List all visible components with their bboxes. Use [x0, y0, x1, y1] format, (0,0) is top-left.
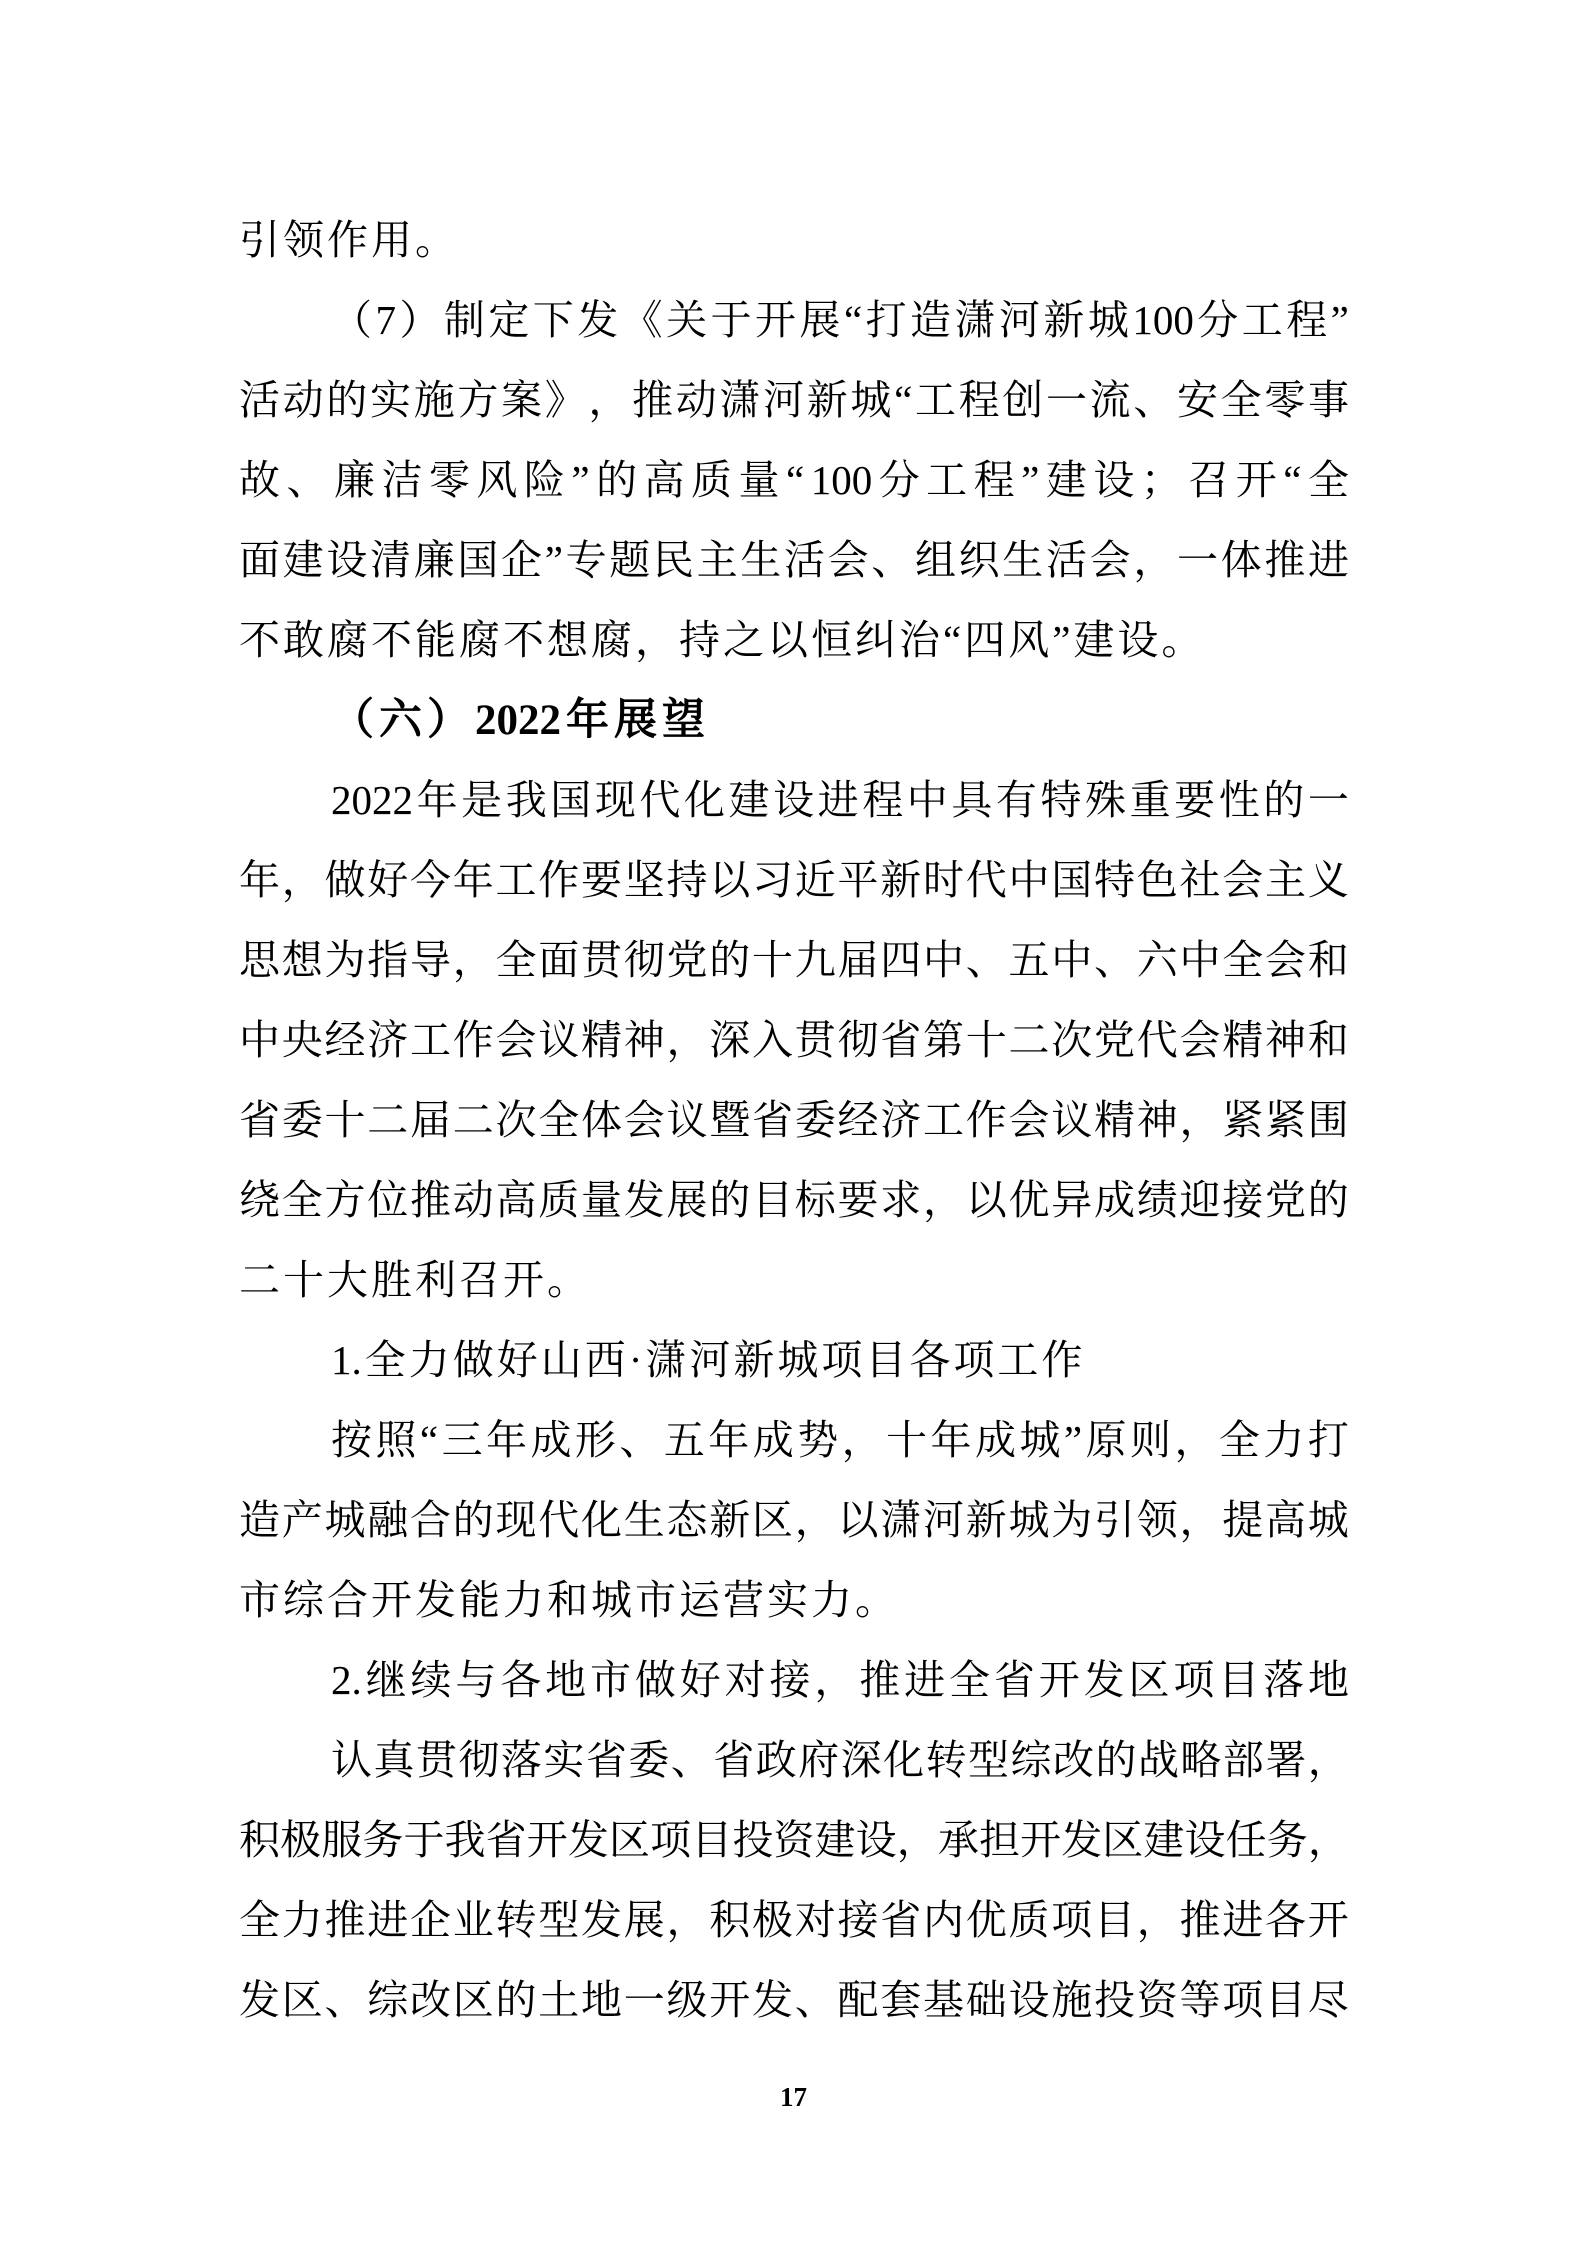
glyph: 建	[815, 1820, 856, 1861]
glyph: 能	[459, 1580, 500, 1621]
glyph: 工	[923, 1100, 964, 1141]
glyph: 潇	[719, 380, 760, 421]
glyph: 暨	[709, 1100, 750, 1141]
glyph: 态	[667, 1500, 708, 1541]
glyph: 流	[1090, 380, 1131, 421]
glyph: 运	[679, 1580, 720, 1621]
glyph: ，	[1133, 540, 1174, 581]
glyph: 落	[501, 1740, 542, 1781]
glyph: 力	[503, 1580, 544, 1621]
glyph: “	[943, 620, 961, 661]
glyph: 设	[1117, 620, 1158, 661]
glyph: 次	[1051, 1020, 1092, 1061]
glyph: 地	[1308, 1660, 1349, 1701]
glyph: 题	[609, 540, 650, 581]
glyph: 建	[283, 540, 324, 581]
glyph: ，	[282, 860, 323, 901]
glyph: 胜	[371, 1260, 412, 1301]
glyph: 党	[1094, 1020, 1135, 1061]
glyph: 全	[1308, 460, 1349, 501]
glyph: 中	[923, 940, 964, 981]
glyph: 不	[239, 620, 280, 661]
glyph: 绩	[1137, 1180, 1178, 1221]
glyph: 全	[239, 1900, 280, 1941]
glyph: 引	[1094, 1500, 1135, 1541]
glyph: 体	[1221, 540, 1262, 581]
glyph: 程	[974, 460, 1015, 501]
glyph: 能	[415, 620, 456, 661]
glyph: 望	[662, 699, 705, 742]
glyph: ”	[1052, 620, 1070, 661]
glyph: 具	[951, 780, 992, 821]
glyph: 彻	[838, 1020, 879, 1061]
glyph: 100	[811, 460, 873, 501]
glyph: 一	[1177, 540, 1218, 581]
glyph: 施	[414, 380, 455, 421]
glyph: 定	[488, 300, 529, 341]
glyph: 照	[375, 1420, 416, 1461]
glyph: 、	[286, 460, 327, 501]
glyph: 区	[282, 1980, 323, 2021]
glyph: ）	[427, 699, 470, 742]
glyph: 目	[691, 1820, 732, 1861]
glyph: 市	[635, 1580, 676, 1621]
glyph: 现	[496, 1500, 537, 1541]
glyph: 署	[1265, 1740, 1306, 1781]
glyph: 河	[999, 300, 1040, 341]
glyph: 中	[1180, 940, 1221, 981]
glyph: 施	[1051, 1980, 1092, 2021]
glyph: 活	[784, 540, 825, 581]
glyph: 河	[763, 380, 804, 421]
glyph: 配	[838, 1980, 879, 2021]
glyph: 推	[1180, 1900, 1221, 1941]
glyph: ”	[571, 460, 589, 501]
glyph: 、	[966, 940, 1007, 981]
text-line: （7）制定下发《关于开展“打造潇河新城100分工程”	[239, 280, 1349, 360]
glyph: 腐	[459, 620, 500, 661]
glyph: 紧	[1222, 1100, 1263, 1141]
glyph: 做	[635, 1660, 676, 1701]
glyph: 发	[1084, 1660, 1125, 1701]
glyph: 四	[964, 620, 1005, 661]
glyph: 届	[410, 1100, 451, 1141]
glyph: 特	[1094, 860, 1135, 901]
section-heading-line: （六）2022年展望	[239, 680, 1349, 760]
glyph: 务	[1267, 1820, 1308, 1861]
glyph: 紧	[1265, 1100, 1306, 1141]
glyph: 动	[676, 380, 717, 421]
glyph: 区	[453, 1980, 494, 2021]
text-line: 思想为指导，全面贯彻党的十九届四中、五中、六中全会和	[239, 920, 1349, 1000]
glyph: 营	[723, 1580, 764, 1621]
glyph: 六	[1137, 940, 1178, 981]
glyph: ；	[1141, 460, 1182, 501]
glyph: 是	[461, 780, 502, 821]
glyph: 接	[770, 1660, 811, 1701]
glyph: 案	[501, 380, 542, 421]
glyph: 坚	[624, 860, 665, 901]
glyph: 分	[879, 460, 920, 501]
glyph: 工	[1242, 300, 1283, 341]
glyph: 不	[371, 620, 412, 661]
glyph: ，	[1137, 1900, 1178, 1941]
glyph: 业	[453, 1900, 494, 1941]
glyph: 目	[865, 1340, 906, 1381]
glyph: 面	[239, 540, 280, 581]
glyph: 第	[923, 1020, 964, 1061]
glyph: 经	[838, 1100, 879, 1141]
glyph: ，	[842, 1420, 883, 1461]
glyph: 工	[410, 1020, 451, 1061]
glyph: 设	[1093, 460, 1134, 501]
text-line: 省委十二届二次全体会议暨省委经济工作会议精神，紧紧围	[239, 1080, 1349, 1160]
glyph: 时	[923, 860, 964, 901]
glyph: 服	[321, 1820, 362, 1861]
glyph: 的	[1263, 780, 1304, 821]
glyph: 项	[821, 1340, 862, 1381]
glyph: 代	[538, 1500, 579, 1541]
glyph: ，	[1308, 1740, 1349, 1781]
glyph: “	[894, 380, 912, 421]
glyph: 十	[283, 1260, 324, 1301]
glyph: 近	[795, 860, 836, 901]
glyph: 和	[1308, 940, 1349, 981]
glyph: 优	[1009, 1180, 1050, 1221]
glyph: 下	[533, 300, 574, 341]
glyph: 进	[367, 1900, 408, 1941]
glyph: 央	[282, 1020, 323, 1061]
glyph: 程	[1286, 300, 1327, 341]
glyph: 全	[282, 1180, 323, 1221]
glyph: 开	[709, 1980, 750, 2021]
glyph: 河	[689, 1340, 730, 1381]
glyph: 质	[1009, 1900, 1050, 1941]
glyph: 。	[1161, 620, 1202, 661]
glyph: 国	[457, 540, 498, 581]
glyph: 制	[444, 300, 485, 341]
glyph: 投	[1094, 1980, 1135, 2021]
glyph: 转	[926, 1740, 967, 1781]
glyph: “	[786, 460, 804, 501]
glyph: 合	[410, 1500, 451, 1541]
glyph: 作	[453, 1020, 494, 1061]
glyph: ，	[1180, 1100, 1221, 1141]
glyph: 进	[818, 780, 859, 821]
glyph: 利	[415, 1260, 456, 1301]
glyph: 贯	[581, 940, 622, 981]
glyph: 资	[773, 1820, 814, 1861]
glyph: 现	[595, 780, 636, 821]
glyph: 势	[797, 1420, 838, 1461]
glyph: 设	[773, 780, 814, 821]
glyph: 次	[496, 1100, 537, 1141]
glyph: ，	[635, 620, 676, 661]
glyph: 、	[1133, 380, 1174, 421]
page-number: 17	[0, 2082, 1587, 2113]
glyph: ，	[923, 1180, 964, 1221]
glyph: 城	[1019, 1420, 1060, 1461]
glyph: 全	[496, 940, 537, 981]
glyph: 打	[866, 300, 907, 341]
glyph: 展	[614, 699, 657, 742]
glyph: 地	[581, 1980, 622, 2021]
glyph: 零	[1264, 380, 1305, 421]
glyph: 改	[1053, 1740, 1094, 1781]
glyph: 贯	[416, 1740, 457, 1781]
glyph: 各	[909, 1340, 950, 1381]
glyph: 和	[547, 1580, 588, 1621]
glyph: 主	[1265, 860, 1306, 901]
glyph: 代	[1137, 1020, 1178, 1061]
glyph: 年	[566, 699, 609, 742]
glyph: 继	[366, 1660, 407, 1701]
glyph: 市	[239, 1580, 280, 1621]
glyph: 召	[1188, 460, 1229, 501]
glyph: 接	[1222, 1180, 1263, 1221]
glyph: 生	[624, 1500, 665, 1541]
glyph: 党	[1265, 1180, 1306, 1221]
glyph: 神	[1265, 1020, 1306, 1061]
glyph: 特	[1040, 780, 1081, 821]
glyph: 济	[880, 1100, 921, 1141]
glyph: 高	[1265, 1500, 1306, 1541]
glyph: 精	[1222, 1020, 1263, 1061]
glyph: 、	[325, 1980, 366, 2021]
glyph: 二	[1009, 1020, 1050, 1061]
text-line: 2022年是我国现代化建设进程中具有特殊重要性的一	[239, 760, 1349, 840]
glyph: 潇	[645, 1340, 686, 1381]
glyph: 零	[429, 460, 470, 501]
glyph: 作	[966, 1100, 1007, 1141]
glyph: 导	[410, 940, 451, 981]
glyph: ，	[814, 1660, 855, 1701]
glyph: ，	[667, 1900, 708, 1941]
text-line: 面建设清廉国企”专题民主生活会、组织生活会，一体推进	[239, 520, 1349, 600]
glyph: 险	[524, 460, 565, 501]
glyph: 面	[538, 940, 579, 981]
glyph: ”	[1021, 460, 1039, 501]
glyph: 以	[838, 1500, 879, 1541]
glyph: 贯	[795, 1020, 836, 1061]
glyph: 发	[752, 1980, 793, 2021]
glyph: 的	[496, 1980, 537, 2021]
glyph: 五	[664, 1420, 705, 1461]
glyph: 省	[713, 1740, 754, 1781]
glyph: 《	[622, 300, 663, 341]
glyph: 异	[1051, 1180, 1092, 1221]
glyph: 建	[1046, 460, 1087, 501]
glyph: 套	[880, 1980, 921, 2021]
glyph: ，	[1174, 1420, 1215, 1461]
glyph: 推	[1264, 540, 1305, 581]
glyph: 四	[880, 940, 921, 981]
glyph: 1.	[331, 1340, 362, 1381]
glyph: 发	[624, 1180, 665, 1221]
glyph: 一	[624, 1980, 665, 2021]
glyph: 十	[966, 1020, 1007, 1061]
glyph: 城	[850, 380, 891, 421]
glyph: 组	[915, 540, 956, 581]
glyph: 事	[1308, 380, 1349, 421]
glyph: 全	[1222, 940, 1263, 981]
text-line: 故、廉洁零风险”的高质量“100分工程”建设；召开“全	[239, 440, 1349, 520]
glyph: 产	[282, 1500, 323, 1541]
glyph: 进	[1222, 1900, 1263, 1941]
glyph: 新	[966, 1500, 1007, 1541]
glyph: 建	[1073, 620, 1114, 661]
glyph: 企	[410, 1900, 451, 1941]
glyph: 力	[811, 1580, 852, 1621]
glyph: 深	[841, 1740, 882, 1781]
glyph: ，	[453, 940, 494, 981]
glyph: 义	[1308, 860, 1349, 901]
glyph: 、	[619, 1420, 660, 1461]
glyph: 全	[1221, 380, 1262, 421]
glyph: ，	[1308, 1820, 1349, 1861]
text-line: 活动的实施方案》，推动潇河新城“工程创一流、安全零事	[239, 360, 1349, 440]
glyph: 我	[445, 1820, 486, 1861]
glyph: 会	[828, 540, 869, 581]
glyph: 目	[1218, 1660, 1259, 1701]
glyph: 西	[585, 1340, 626, 1381]
glyph: 的	[1308, 1180, 1349, 1221]
glyph: 一	[1308, 780, 1349, 821]
glyph: 要	[581, 860, 622, 901]
text-line: 中央经济工作会议精神，深入贯彻省第十二次党代会精神和	[239, 1000, 1349, 1080]
glyph: 工	[997, 1340, 1038, 1381]
glyph: 不	[503, 620, 544, 661]
glyph: 有	[996, 780, 1037, 821]
glyph: 投	[732, 1820, 773, 1861]
glyph: 绕	[239, 1180, 280, 1221]
glyph: 合	[327, 1580, 368, 1621]
glyph: 我	[506, 780, 547, 821]
glyph: 用	[371, 220, 412, 261]
glyph: 务	[362, 1820, 403, 1861]
glyph: 新	[807, 380, 848, 421]
glyph: 山	[541, 1340, 582, 1381]
glyph: 关	[666, 300, 707, 341]
glyph: 推	[325, 1900, 366, 1941]
glyph: 新	[880, 860, 921, 901]
glyph: 发	[568, 1820, 609, 1861]
glyph: 纠	[855, 620, 896, 661]
glyph: 新	[709, 1500, 750, 1541]
glyph: 区	[1129, 1660, 1170, 1701]
glyph: 综	[1011, 1740, 1052, 1781]
glyph: 设	[326, 540, 367, 581]
glyph: 年	[417, 780, 458, 821]
text-line: 二十大胜利召开。	[239, 1240, 1349, 1320]
glyph: 做	[325, 860, 366, 901]
glyph: 各	[1265, 1900, 1306, 1941]
glyph: 担	[979, 1820, 1020, 1861]
glyph: 部	[1223, 1740, 1264, 1781]
glyph: 国	[1051, 860, 1092, 901]
glyph: 二	[367, 1100, 408, 1141]
glyph: 、	[795, 1980, 836, 2021]
glyph: 原	[1086, 1420, 1127, 1461]
glyph: 位	[367, 1180, 408, 1221]
glyph: 迎	[1180, 1180, 1221, 1221]
glyph: 认	[331, 1740, 372, 1781]
glyph: 积	[239, 1820, 280, 1861]
text-line: 发区、综改区的土地一级开发、配套基础设施投资等项目尽	[239, 1960, 1349, 2040]
glyph: 今	[410, 860, 451, 901]
glyph: 于	[711, 300, 752, 341]
glyph: 引	[239, 220, 280, 261]
glyph: 生	[740, 540, 781, 581]
glyph: 精	[1094, 1100, 1135, 1141]
glyph: 好	[680, 1660, 721, 1701]
glyph: 好	[497, 1340, 538, 1381]
glyph: 为	[1051, 1500, 1092, 1541]
glyph: 目	[1094, 1900, 1135, 1941]
glyph: 求	[880, 1180, 921, 1221]
glyph: 济	[367, 1020, 408, 1061]
glyph: 对	[795, 1900, 836, 1941]
glyph: 方	[325, 1180, 366, 1221]
glyph: 议	[1051, 1100, 1092, 1141]
glyph: 的	[709, 940, 750, 981]
glyph: 真	[373, 1740, 414, 1781]
glyph: 标	[795, 1180, 836, 1221]
glyph: 做	[453, 1340, 494, 1381]
glyph: 神	[1137, 1100, 1178, 1141]
glyph: 推	[859, 1660, 900, 1701]
glyph: 化	[684, 780, 725, 821]
glyph: 项	[1173, 1660, 1214, 1701]
glyph: 三	[442, 1420, 483, 1461]
glyph: 中	[907, 780, 948, 821]
glyph: 成	[1094, 1180, 1135, 1221]
glyph: 成	[530, 1420, 571, 1461]
glyph: 省	[486, 1820, 527, 1861]
glyph: 省	[880, 1900, 921, 1941]
glyph: 成	[975, 1420, 1016, 1461]
glyph: 中	[1009, 860, 1050, 901]
glyph: 城	[591, 1580, 632, 1621]
glyph: 转	[496, 1900, 537, 1941]
glyph: 城	[1009, 1500, 1050, 1541]
glyph: ·	[629, 1340, 643, 1381]
glyph: 于	[403, 1820, 444, 1861]
glyph: 区	[609, 1820, 650, 1861]
glyph: 尽	[1308, 1980, 1349, 2021]
glyph: 九	[795, 940, 836, 981]
glyph: 委	[628, 1740, 669, 1781]
glyph: 动	[453, 1180, 494, 1221]
glyph: 专	[566, 540, 607, 581]
glyph: 。	[547, 1260, 588, 1301]
glyph: 会	[496, 1020, 537, 1061]
glyph: 发	[239, 1980, 280, 2021]
glyph: 深	[709, 1020, 750, 1061]
glyph: 议	[538, 1020, 579, 1061]
glyph: 程	[862, 780, 903, 821]
glyph: 项	[1051, 1900, 1092, 1941]
glyph: 二	[453, 1100, 494, 1141]
glyph: 十	[886, 1420, 927, 1461]
glyph: 设	[1009, 1980, 1050, 2021]
glyph: 敢	[283, 620, 324, 661]
glyph: 性	[1219, 780, 1260, 821]
glyph: 政	[756, 1740, 797, 1781]
glyph: 神	[624, 1020, 665, 1061]
glyph: ”	[1331, 300, 1349, 341]
glyph: 全	[365, 1340, 406, 1381]
